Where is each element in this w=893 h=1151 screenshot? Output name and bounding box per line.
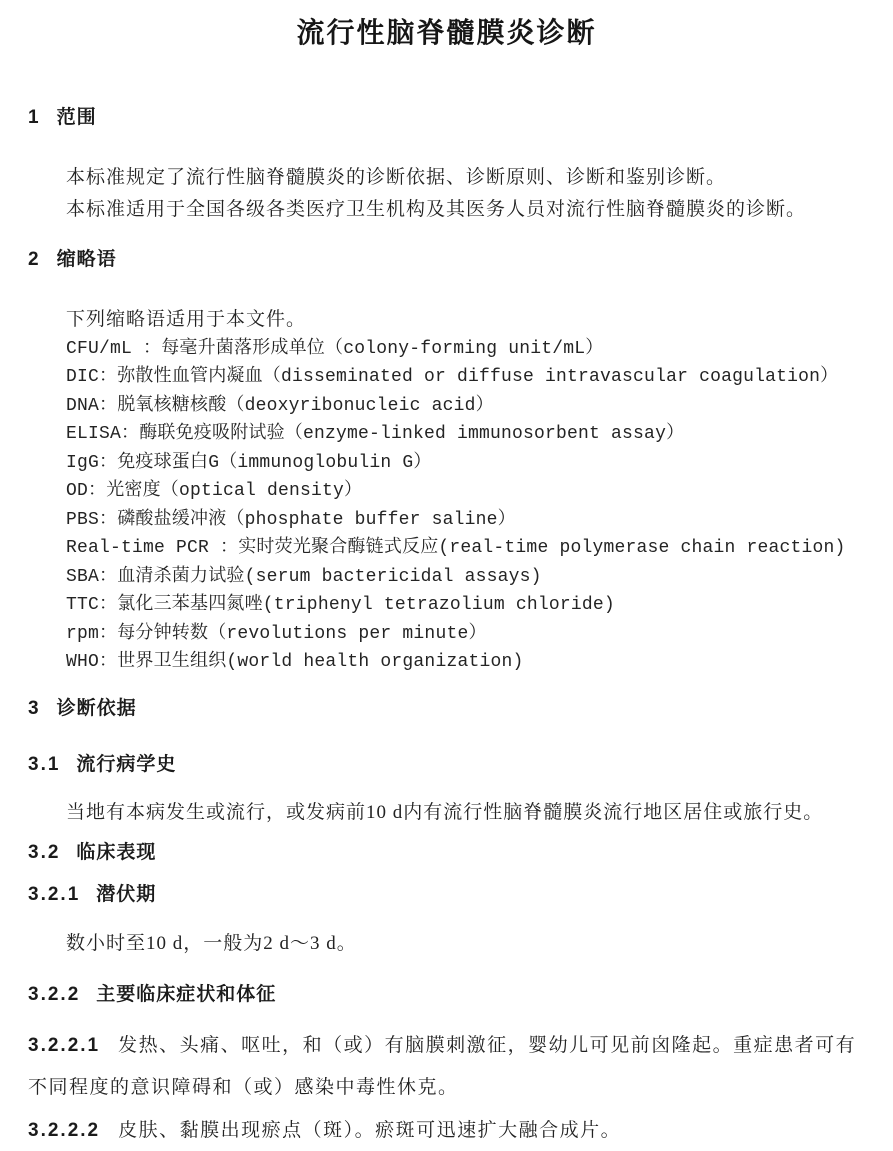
clause-3-2-2-2: 3.2.2.2皮肤、黏膜出现瘀点（斑）。瘀斑可迅速扩大融合成片。	[0, 1110, 893, 1151]
section-3-1-number: 3.1	[28, 754, 60, 775]
section-1-heading: 1范围	[0, 106, 893, 130]
abbr-item-od: OD：光密度（optical density）	[0, 477, 893, 506]
section-3-2-1-title: 潜伏期	[96, 884, 156, 905]
section-3-2-1-number: 3.2.1	[28, 884, 80, 905]
section-3-heading: 3诊断依据	[0, 697, 893, 721]
abbr-item-elisa: ELISA：酶联免疫吸附试验（enzyme-linked immunosorbe…	[0, 420, 893, 449]
document-title: 流行性脑脊髓膜炎诊断	[0, 0, 893, 50]
section-1-paragraph-1: 本标准规定了流行性脑脊髓膜炎的诊断依据、诊断原则、诊断和鉴别诊断。	[0, 162, 893, 194]
clause-3-2-2-2-text: 皮肤、黏膜出现瘀点（斑）。瘀斑可迅速扩大融合成片。	[118, 1120, 621, 1141]
section-1-paragraph-2: 本标准适用于全国各级各类医疗卫生机构及其医务人员对流行性脑脊髓膜炎的诊断。	[0, 194, 893, 226]
abbreviations-intro: 下列缩略语适用于本文件。	[0, 306, 893, 335]
section-3-2-2-heading: 3.2.2主要临床症状和体征	[0, 983, 893, 1007]
section-2-number: 2	[28, 249, 41, 270]
section-3-2-title: 临床表现	[76, 842, 156, 863]
section-3-1-paragraph: 当地有本病发生或流行，或发病前10 d内有流行性脑脊髓膜炎流行地区居住或旅行史。	[0, 797, 893, 829]
section-3-2-2-number: 3.2.2	[28, 984, 80, 1005]
abbr-item-sba: SBA：血清杀菌力试验(serum bactericidal assays)	[0, 563, 893, 592]
abbr-item-rpm: rpm：每分钟转数（revolutions per minute）	[0, 620, 893, 649]
section-3-2-1-paragraph: 数小时至10 d，一般为2 d～3 d。	[0, 928, 893, 960]
abbr-item-dic: DIC：弥散性血管内凝血（disseminated or diffuse int…	[0, 363, 893, 392]
section-2-heading: 2缩略语	[0, 248, 893, 272]
clause-3-2-2-1-number: 3.2.2.1	[28, 1035, 100, 1056]
abbr-item-realtime-pcr: Real-time PCR ：实时荧光聚合酶链式反应(real-time pol…	[0, 534, 893, 563]
section-3-1-title: 流行病学史	[76, 754, 176, 775]
clause-3-2-2-1: 3.2.2.1发热、头痛、呕吐，和（或）有脑膜刺激征，婴幼儿可见前囟隆起。重症患…	[0, 1025, 893, 1109]
abbr-item-igg: IgG：免疫球蛋白G（immunoglobulin G）	[0, 449, 893, 478]
section-3-2-number: 3.2	[28, 842, 60, 863]
abbr-item-cfu: CFU/mL ：每毫升菌落形成单位（colony-forming unit/mL…	[0, 335, 893, 364]
abbreviations-list: CFU/mL ：每毫升菌落形成单位（colony-forming unit/mL…	[0, 335, 893, 677]
clause-3-2-2-2-number: 3.2.2.2	[28, 1120, 100, 1141]
clause-3-2-2-1-text: 发热、头痛、呕吐，和（或）有脑膜刺激征，婴幼儿可见前囟隆起。重症患者可有不同程度…	[28, 1035, 856, 1098]
section-3-1-heading: 3.1流行病学史	[0, 753, 893, 777]
section-3-2-2-title: 主要临床症状和体征	[96, 984, 276, 1005]
section-1-title: 范围	[57, 107, 97, 128]
section-3-title: 诊断依据	[57, 698, 137, 719]
abbr-item-who: WHO：世界卫生组织(world health organization)	[0, 648, 893, 677]
section-3-2-heading: 3.2临床表现	[0, 841, 893, 865]
abbr-item-ttc: TTC：氯化三苯基四氮唑(triphenyl tetrazolium chlor…	[0, 591, 893, 620]
abbr-item-dna: DNA：脱氧核糖核酸（deoxyribonucleic acid）	[0, 392, 893, 421]
section-1-number: 1	[28, 107, 41, 128]
abbr-item-pbs: PBS：磷酸盐缓冲液（phosphate buffer saline）	[0, 506, 893, 535]
section-2-title: 缩略语	[57, 249, 117, 270]
document-page: 流行性脑脊髓膜炎诊断 1范围 本标准规定了流行性脑脊髓膜炎的诊断依据、诊断原则、…	[0, 0, 893, 1151]
section-3-2-1-heading: 3.2.1潜伏期	[0, 883, 893, 907]
section-3-number: 3	[28, 698, 41, 719]
